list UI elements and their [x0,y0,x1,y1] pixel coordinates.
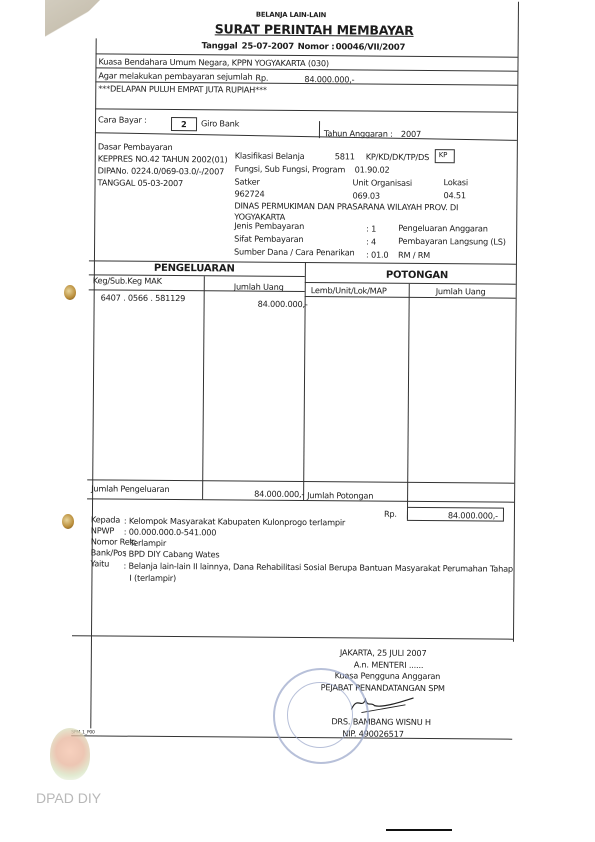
unit-value: 069.03 [352,190,380,200]
fungsi-label: Fungsi, Sub Fungsi, Program [235,164,346,175]
amount-in-words: ***DELAPAN PULUH EMPAT JUTA RUPIAH*** [98,83,267,94]
bank-label: Bank/Pos [91,547,127,557]
sumber-label: Sumber Dana / Cara Penarikan [234,247,355,258]
recipient-line: Kuasa Bendahara Umum Negara, KPPN YOGYAK… [98,56,328,68]
footer-rule [386,829,452,831]
page-title: SURAT PERINTAH MEMBAYAR [215,21,414,38]
satker-label: Satker [235,177,260,187]
number-value: 00046/VII/2007 [336,42,406,53]
date-label: Tanggal [202,41,238,51]
col-header-lemb: Lemb/Unit/Lok/MAP [311,285,387,296]
col-header-mak: Keg/Sub.Keg MAK [93,275,162,286]
yaitu-value: : Belanja lain-lain II lainnya, Dana Reh… [124,561,513,574]
kp-box: KP [435,149,455,163]
cara-bayar-code-box: 2 [171,117,197,131]
jenis-code: : 1 [366,224,376,234]
sifat-label: Sifat Pembayaran [234,234,303,245]
official-stamp-icon [273,668,369,764]
total-pengeluaran: 84.000.000,- [254,489,304,499]
basis-line: DIPANo. 0224.0/069-03.0/-/2007 [98,165,225,176]
cara-bayar-code: 2 [181,119,187,129]
npwp-label: NPWP [91,525,114,535]
divider [202,276,205,499]
agency-name: DINAS PERMUKIMAN DAN PRASARANA WILAYAH P… [234,201,458,213]
payment-currency: Rp. [255,73,268,83]
payment-label: Agar melakukan pembayaran sejumlah [98,70,252,81]
sifat-code: : 4 [366,237,376,247]
net-amount: 84.000.000,- [448,510,498,520]
punch-hole [62,514,74,529]
punch-hole [64,285,76,300]
kp-label: KP/KD/DK/TP/DS [366,152,429,162]
frame-left [90,38,96,728]
cara-bayar-name: Giro Bank [201,118,239,128]
bank-value: : BPD DIY Cabang Wates [124,549,220,560]
divider [95,108,517,112]
yaitu-label: Yaitu [91,558,110,568]
jenis-label: Jenis Pembayaran [234,221,304,232]
category-label: BELANJA LAIN-LAIN [256,11,326,20]
fungsi-value: 01.90.02 [355,164,390,174]
total-pengeluaran-label: Jumlah Pengeluaran [91,483,169,494]
lokasi-label: Lokasi [444,177,468,187]
divider [303,262,306,500]
basis-label: Dasar Pembayaran [98,141,173,152]
npwp-value: : 00.000.000.0-541.000 [124,527,217,538]
yaitu-value-2: I (terlampir) [129,573,176,583]
col-header-jumlah-potongan: Jumlah Uang [436,286,486,296]
klasifikasi-label: Klasifikasi Belanja [235,151,305,162]
cara-bayar-label: Cara Bayar : [98,114,147,124]
potongan-title: POTONGAN [386,270,448,281]
pengeluaran-title: PENGELUARAN [154,263,235,275]
divider [407,284,410,519]
sifat-value: Pembayaran Langsung (LS) [398,236,506,247]
basis-line: TANGGAL 05-03-2007 [98,177,184,188]
signature-place-date: JAKARTA, 25 JULI 2007 [340,647,427,658]
sumber-value: RM / RM [398,250,430,260]
net-amount-box: 84.000.000,- [407,507,504,522]
divider [95,132,517,141]
spm-document: BELANJA LAIN-LAIN SURAT PERINTAH MEMBAYA… [72,0,518,792]
frame-right [513,2,519,642]
kepada-label: Kepada [91,514,120,524]
unit-label: Unit Organisasi [353,177,413,187]
dpad-emblem-icon [50,728,90,780]
total-potongan-label: Jumlah Potongan [307,490,373,501]
kp-value: KP [439,151,447,159]
sumber-code: : 01.0 [366,250,388,260]
satker-value: 962724 [234,189,264,199]
watermark-text: DPAD DIY [36,790,101,806]
jenis-value: Pengeluaran Anggaran [398,223,488,234]
rekening-value: Terlampir [130,538,166,548]
basis-line: KEPPRES NO.42 TAHUN 2002(01) [98,153,228,164]
signature-on-behalf: A.n. MENTERI ...... [354,659,424,670]
klasifikasi-value: 5811 [335,151,355,161]
table-row-code: 6407 . 0566 . 581129 [101,292,186,303]
date-value: 25-07-2007 [242,42,294,52]
divider [72,635,513,639]
kepada-value: : Kelompok Masyarakat Kabupaten Kulonpro… [124,516,345,528]
number-label: Nomor : [298,42,335,52]
net-currency: Rp. [384,509,397,519]
lokasi-value: 04.51 [443,190,466,200]
table-row-amount: 84.000.000,- [258,299,308,309]
